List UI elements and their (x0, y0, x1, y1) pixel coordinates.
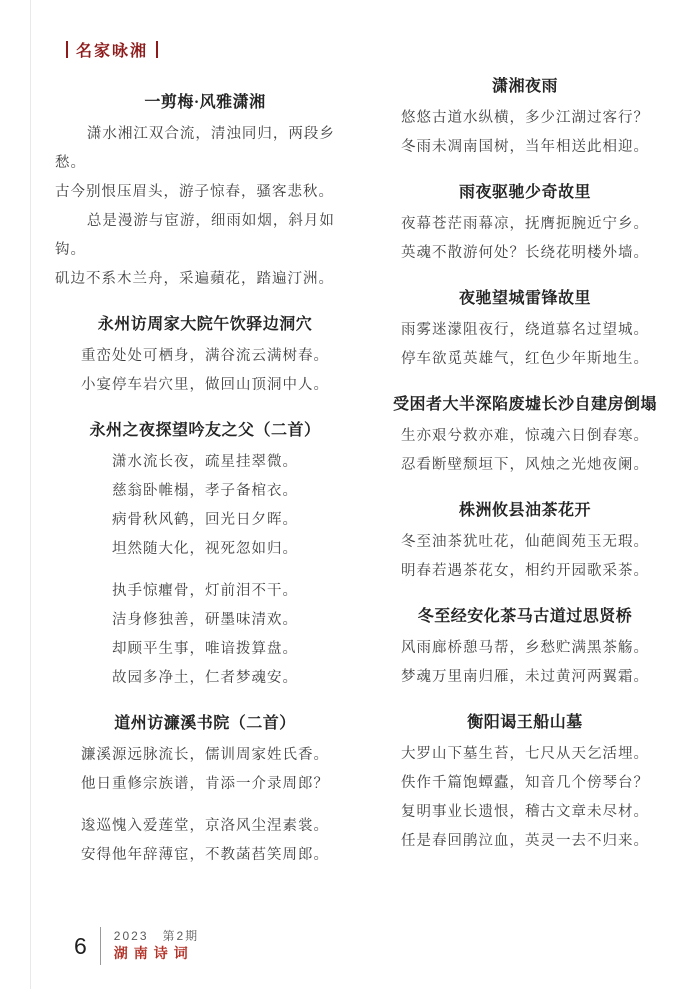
poem-title: 道州访濂溪书院（二首） (55, 711, 355, 736)
poem-title: 受困者大半深陷废墟长沙自建房倒塌 (385, 392, 665, 417)
poem-line: 生亦艰兮救亦难，惊魂六日倒春寒。 (385, 422, 665, 451)
right-column: 潇湘夜雨 悠悠古道水纵横，多少江湖过客行？ 冬雨未凋南国树，当年相送此相迎。 雨… (385, 74, 665, 870)
poem-line: 潇水湘江双合流，清浊同归，两段乡愁。 (55, 120, 355, 178)
poem-line: 夜幕苍茫雨幕凉，抚膺扼腕近宁乡。 (385, 210, 665, 239)
poem-line: 洁身修独善，研墨味清欢。 (55, 606, 355, 635)
poem-line: 慈翁卧帷榻，孝子备棺衣。 (55, 477, 355, 506)
poem-stanza: 雨雾迷濛阻夜行，绕道慕名过望城。 停车欲觅英雄气，红色少年斯地生。 (385, 316, 665, 374)
poem-youchahua: 株洲攸县油茶花开 冬至油茶犹吐花，仙葩阆苑玉无瑕。 明春若遇茶花女，相约开园歌采… (385, 498, 665, 586)
poem-line: 忍看断壁颓垣下，风烛之光灺夜阑。 (385, 451, 665, 480)
poem-title: 一剪梅·风雅潇湘 (55, 90, 355, 115)
poem-stanza: 生亦艰兮救亦难，惊魂六日倒春寒。 忍看断壁颓垣下，风烛之光灺夜阑。 (385, 422, 665, 480)
poem-line: 安得他年辞薄宦，不教菡萏笑周郎。 (55, 841, 355, 870)
poem-line: 逡巡愧入爱莲堂，京洛风尘涅素裳。 (55, 812, 355, 841)
poem-title: 夜驰望城雷锋故里 (385, 286, 665, 311)
poem-title: 雨夜驱驰少奇故里 (385, 180, 665, 205)
poem-line: 濂溪源远脉流长，儒训周家姓氏香。 (55, 741, 355, 770)
poem-line: 佚作千篇饱蟫蠹，知音几个傍琴台？ (385, 769, 665, 798)
poem-daozhou-lianxi: 道州访濂溪书院（二首） 濂溪源远脉流长，儒训周家姓氏香。 他日重修宗族谱，肯添一… (55, 711, 355, 870)
poem-yijianmei: 一剪梅·风雅潇湘 潇水湘江双合流，清浊同归，两段乡愁。 古今别恨压眉头，游子惊春… (55, 90, 355, 294)
poem-line: 大罗山下墓生苔，七尺从天乞活埋。 (385, 740, 665, 769)
poem-line: 坦然随大化，视死忽如归。 (55, 535, 355, 564)
poem-stanza: 濂溪源远脉流长，儒训周家姓氏香。 他日重修宗族谱，肯添一介录周郎？ (55, 741, 355, 799)
poem-line: 他日重修宗族谱，肯添一介录周郎？ (55, 770, 355, 799)
issue-block: 2023 第2期 湖南诗词 (114, 928, 199, 964)
poem-line: 冬至油茶犹吐花，仙葩阆苑玉无瑕。 (385, 528, 665, 557)
poem-line: 古今别恨压眉头，游子惊春，骚客悲秋。 (55, 178, 355, 207)
poem-line: 英魂不散游何处？长绕花明楼外墙。 (385, 239, 665, 268)
poem-line: 重峦处处可栖身，满谷流云满树春。 (55, 342, 355, 371)
poem-line: 冬雨未凋南国树，当年相送此相迎。 (385, 133, 665, 162)
poem-stanza: 执手惊癯骨，灯前泪不干。 洁身修独善，研墨味清欢。 却顾平生事，唯谙拨算盘。 故… (55, 577, 355, 693)
poem-wangchuanshan-mu: 衡阳谒王船山墓 大罗山下墓生苔，七尺从天乞活埋。 佚作千篇饱蟫蠹，知音几个傍琴台… (385, 710, 665, 856)
header-bar-right (156, 41, 158, 58)
poem-line: 总是漫游与宦游，细雨如烟，斜月如钩。 (55, 207, 355, 265)
poem-line: 病骨秋风鹤，回光日夕晖。 (55, 506, 355, 535)
poem-title: 潇湘夜雨 (385, 74, 665, 99)
magazine-page: 名家咏湘 一剪梅·风雅潇湘 潇水湘江双合流，清浊同归，两段乡愁。 古今别恨压眉头… (0, 0, 700, 989)
page-number: 6 (74, 933, 87, 960)
poem-line: 风雨廊桥憩马帮，乡愁贮满黑茶觞。 (385, 634, 665, 663)
page-edge-line (30, 0, 31, 989)
poem-stanza: 潇水流长夜，疏星挂翠微。 慈翁卧帷榻，孝子备棺衣。 病骨秋风鹤，回光日夕晖。 坦… (55, 448, 355, 564)
header-bar-left (66, 41, 68, 58)
poem-columns: 一剪梅·风雅潇湘 潇水湘江双合流，清浊同归，两段乡愁。 古今别恨压眉头，游子惊春… (55, 90, 665, 870)
poem-line: 潇水流长夜，疏星挂翠微。 (55, 448, 355, 477)
poem-stanza: 夜幕苍茫雨幕凉，抚膺扼腕近宁乡。 英魂不散游何处？长绕花明楼外墙。 (385, 210, 665, 268)
poem-line: 却顾平生事，唯谙拨算盘。 (55, 635, 355, 664)
section-label: 名家咏湘 (76, 38, 148, 61)
poem-leifeng-guli: 夜驰望城雷锋故里 雨雾迷濛阻夜行，绕道慕名过望城。 停车欲觅英雄气，红色少年斯地… (385, 286, 665, 374)
poem-shaoqi-guli: 雨夜驱驰少奇故里 夜幕苍茫雨幕凉，抚膺扼腕近宁乡。 英魂不散游何处？长绕花明楼外… (385, 180, 665, 268)
poem-line: 梦魂万里南归雁，未过黄河两翼霜。 (385, 663, 665, 692)
poem-line: 雨雾迷濛阻夜行，绕道慕名过望城。 (385, 316, 665, 345)
poem-yongzhou-zhiye: 永州之夜探望吟友之父（二首） 潇水流长夜，疏星挂翠微。 慈翁卧帷榻，孝子备棺衣。… (55, 418, 355, 693)
poem-stanza: 潇水湘江双合流，清浊同归，两段乡愁。 古今别恨压眉头，游子惊春，骚客悲秋。 总是… (55, 120, 355, 294)
poem-yongzhou-zhoujiadayuan: 永州访周家大院午饮驿边洞穴 重峦处处可栖身，满谷流云满树春。 小宴停车岩穴里，做… (55, 312, 355, 400)
footer-divider (100, 927, 101, 965)
poem-title: 衡阳谒王船山墓 (385, 710, 665, 735)
poem-title: 冬至经安化茶马古道过思贤桥 (385, 604, 665, 629)
poem-stanza: 冬至油茶犹吐花，仙葩阆苑玉无瑕。 明春若遇茶花女，相约开园歌采茶。 (385, 528, 665, 586)
poem-title: 永州访周家大院午饮驿边洞穴 (55, 312, 355, 337)
poem-line: 任是春回鹃泣血，英灵一去不归来。 (385, 827, 665, 856)
poem-stanza: 悠悠古道水纵横，多少江湖过客行？ 冬雨未凋南国树，当年相送此相迎。 (385, 104, 665, 162)
poem-line: 停车欲觅英雄气，红色少年斯地生。 (385, 345, 665, 374)
poem-line: 矶边不系木兰舟，采遍蘋花，踏遍汀洲。 (55, 265, 355, 294)
poem-line: 复明事业长遗恨，稽古文章未尽材。 (385, 798, 665, 827)
poem-title: 株洲攸县油茶花开 (385, 498, 665, 523)
poem-line: 悠悠古道水纵横，多少江湖过客行？ (385, 104, 665, 133)
issue-info: 2023 第2期 (114, 928, 199, 945)
poem-title: 永州之夜探望吟友之父（二首） (55, 418, 355, 443)
poem-stanza: 大罗山下墓生苔，七尺从天乞活埋。 佚作千篇饱蟫蠹，知音几个傍琴台？ 复明事业长遗… (385, 740, 665, 856)
poem-line: 执手惊癯骨，灯前泪不干。 (55, 577, 355, 606)
poem-line: 小宴停车岩穴里，做回山顶洞中人。 (55, 371, 355, 400)
poem-line: 明春若遇茶花女，相约开园歌采茶。 (385, 557, 665, 586)
poem-xiaoxiang-yeyu: 潇湘夜雨 悠悠古道水纵横，多少江湖过客行？ 冬雨未凋南国树，当年相送此相迎。 (385, 74, 665, 162)
poem-stanza: 逡巡愧入爱莲堂，京洛风尘涅素裳。 安得他年辞薄宦，不教菡萏笑周郎。 (55, 812, 355, 870)
left-column: 一剪梅·风雅潇湘 潇水湘江双合流，清浊同归，两段乡愁。 古今别恨压眉头，游子惊春… (55, 90, 355, 870)
poem-changsha-daota: 受困者大半深陷废墟长沙自建房倒塌 生亦艰兮救亦难，惊魂六日倒春寒。 忍看断壁颓垣… (385, 392, 665, 480)
poem-line: 故园多净土，仁者梦魂安。 (55, 664, 355, 693)
poem-stanza: 风雨廊桥憩马帮，乡愁贮满黑茶觞。 梦魂万里南归雁，未过黄河两翼霜。 (385, 634, 665, 692)
poem-sixianqiao: 冬至经安化茶马古道过思贤桥 风雨廊桥憩马帮，乡愁贮满黑茶觞。 梦魂万里南归雁，未… (385, 604, 665, 692)
poem-stanza: 重峦处处可栖身，满谷流云满树春。 小宴停车岩穴里，做回山顶洞中人。 (55, 342, 355, 400)
page-footer: 6 2023 第2期 湖南诗词 (74, 927, 199, 965)
section-header: 名家咏湘 (66, 38, 158, 61)
journal-name: 湖南诗词 (114, 945, 199, 964)
